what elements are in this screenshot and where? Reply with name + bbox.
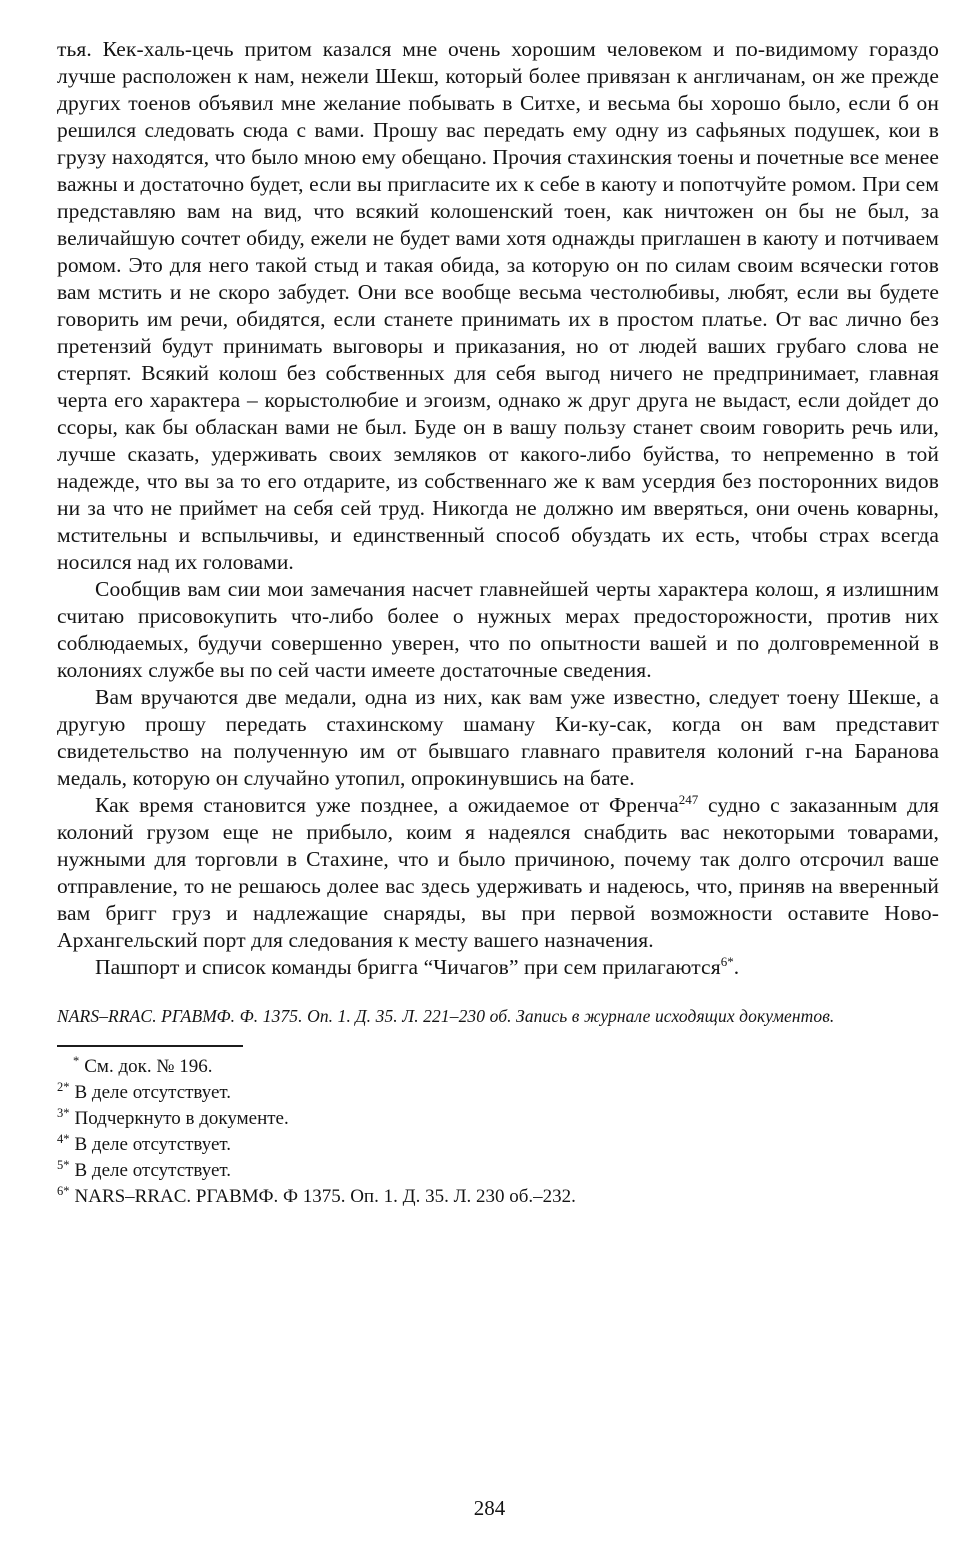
footnote: 3*Подчеркнуто в документе. — [57, 1106, 939, 1132]
footnote-reference: 247 — [679, 792, 699, 807]
footnote-marker: 3* — [57, 1106, 75, 1120]
document-body: тья. Кек-халь-цечь притом казался мне оч… — [0, 0, 979, 1210]
footnote-text: См. док. № 196. — [84, 1056, 212, 1077]
footnote-text: В деле отсутствует. — [75, 1082, 232, 1103]
paragraph: Пашпорт и список команды бригга “Чичагов… — [57, 954, 939, 981]
archival-citation: NARS–RRAC. РГАВМФ. Ф. 1375. Оп. 1. Д. 35… — [57, 1005, 939, 1028]
scanned-book-page: { "page": { "number": "284" }, "colors":… — [0, 0, 979, 1561]
page-number: 284 — [0, 1495, 979, 1521]
paragraph-text: Как время становится уже позднее, а ожид… — [95, 793, 679, 817]
footnote-text: Подчеркнуто в документе. — [75, 1108, 289, 1129]
footnote: *См. док. № 196. — [57, 1054, 939, 1080]
paragraph-continuation: тья. Кек-халь-цечь притом казался мне оч… — [57, 36, 939, 576]
footnote: 6*NARS–RRAC. РГАВМФ. Ф 1375. Оп. 1. Д. 3… — [57, 1184, 939, 1210]
footnote-marker: 4* — [57, 1132, 75, 1146]
paragraph: Сообщив вам сии мои замечания насчет гла… — [57, 576, 939, 684]
footnote: 4*В деле отсутствует. — [57, 1132, 939, 1158]
paragraph: Вам вручаются две медали, одна из них, к… — [57, 684, 939, 792]
footnote: 5*В деле отсутствует. — [57, 1158, 939, 1184]
footnote-marker: 6* — [57, 1184, 75, 1198]
footnote-reference: 6* — [721, 954, 734, 969]
paragraph-text: Пашпорт и список команды бригга “Чичагов… — [95, 955, 721, 979]
footnote-marker: * — [73, 1054, 84, 1068]
footnotes-section: *См. док. № 196. 2*В деле отсутствует. 3… — [57, 1054, 939, 1210]
paragraph-text: . — [734, 955, 739, 979]
footnote-text: NARS–RRAC. РГАВМФ. Ф 1375. Оп. 1. Д. 35.… — [75, 1186, 576, 1207]
footnote: 2*В деле отсутствует. — [57, 1080, 939, 1106]
footnote-marker: 5* — [57, 1158, 75, 1172]
footnote-text: В деле отсутствует. — [75, 1134, 232, 1155]
footnote-marker: 2* — [57, 1080, 75, 1094]
footnote-text: В деле отсутствует. — [75, 1160, 232, 1181]
paragraph: Как время становится уже позднее, а ожид… — [57, 792, 939, 954]
footnote-separator — [57, 1045, 243, 1047]
